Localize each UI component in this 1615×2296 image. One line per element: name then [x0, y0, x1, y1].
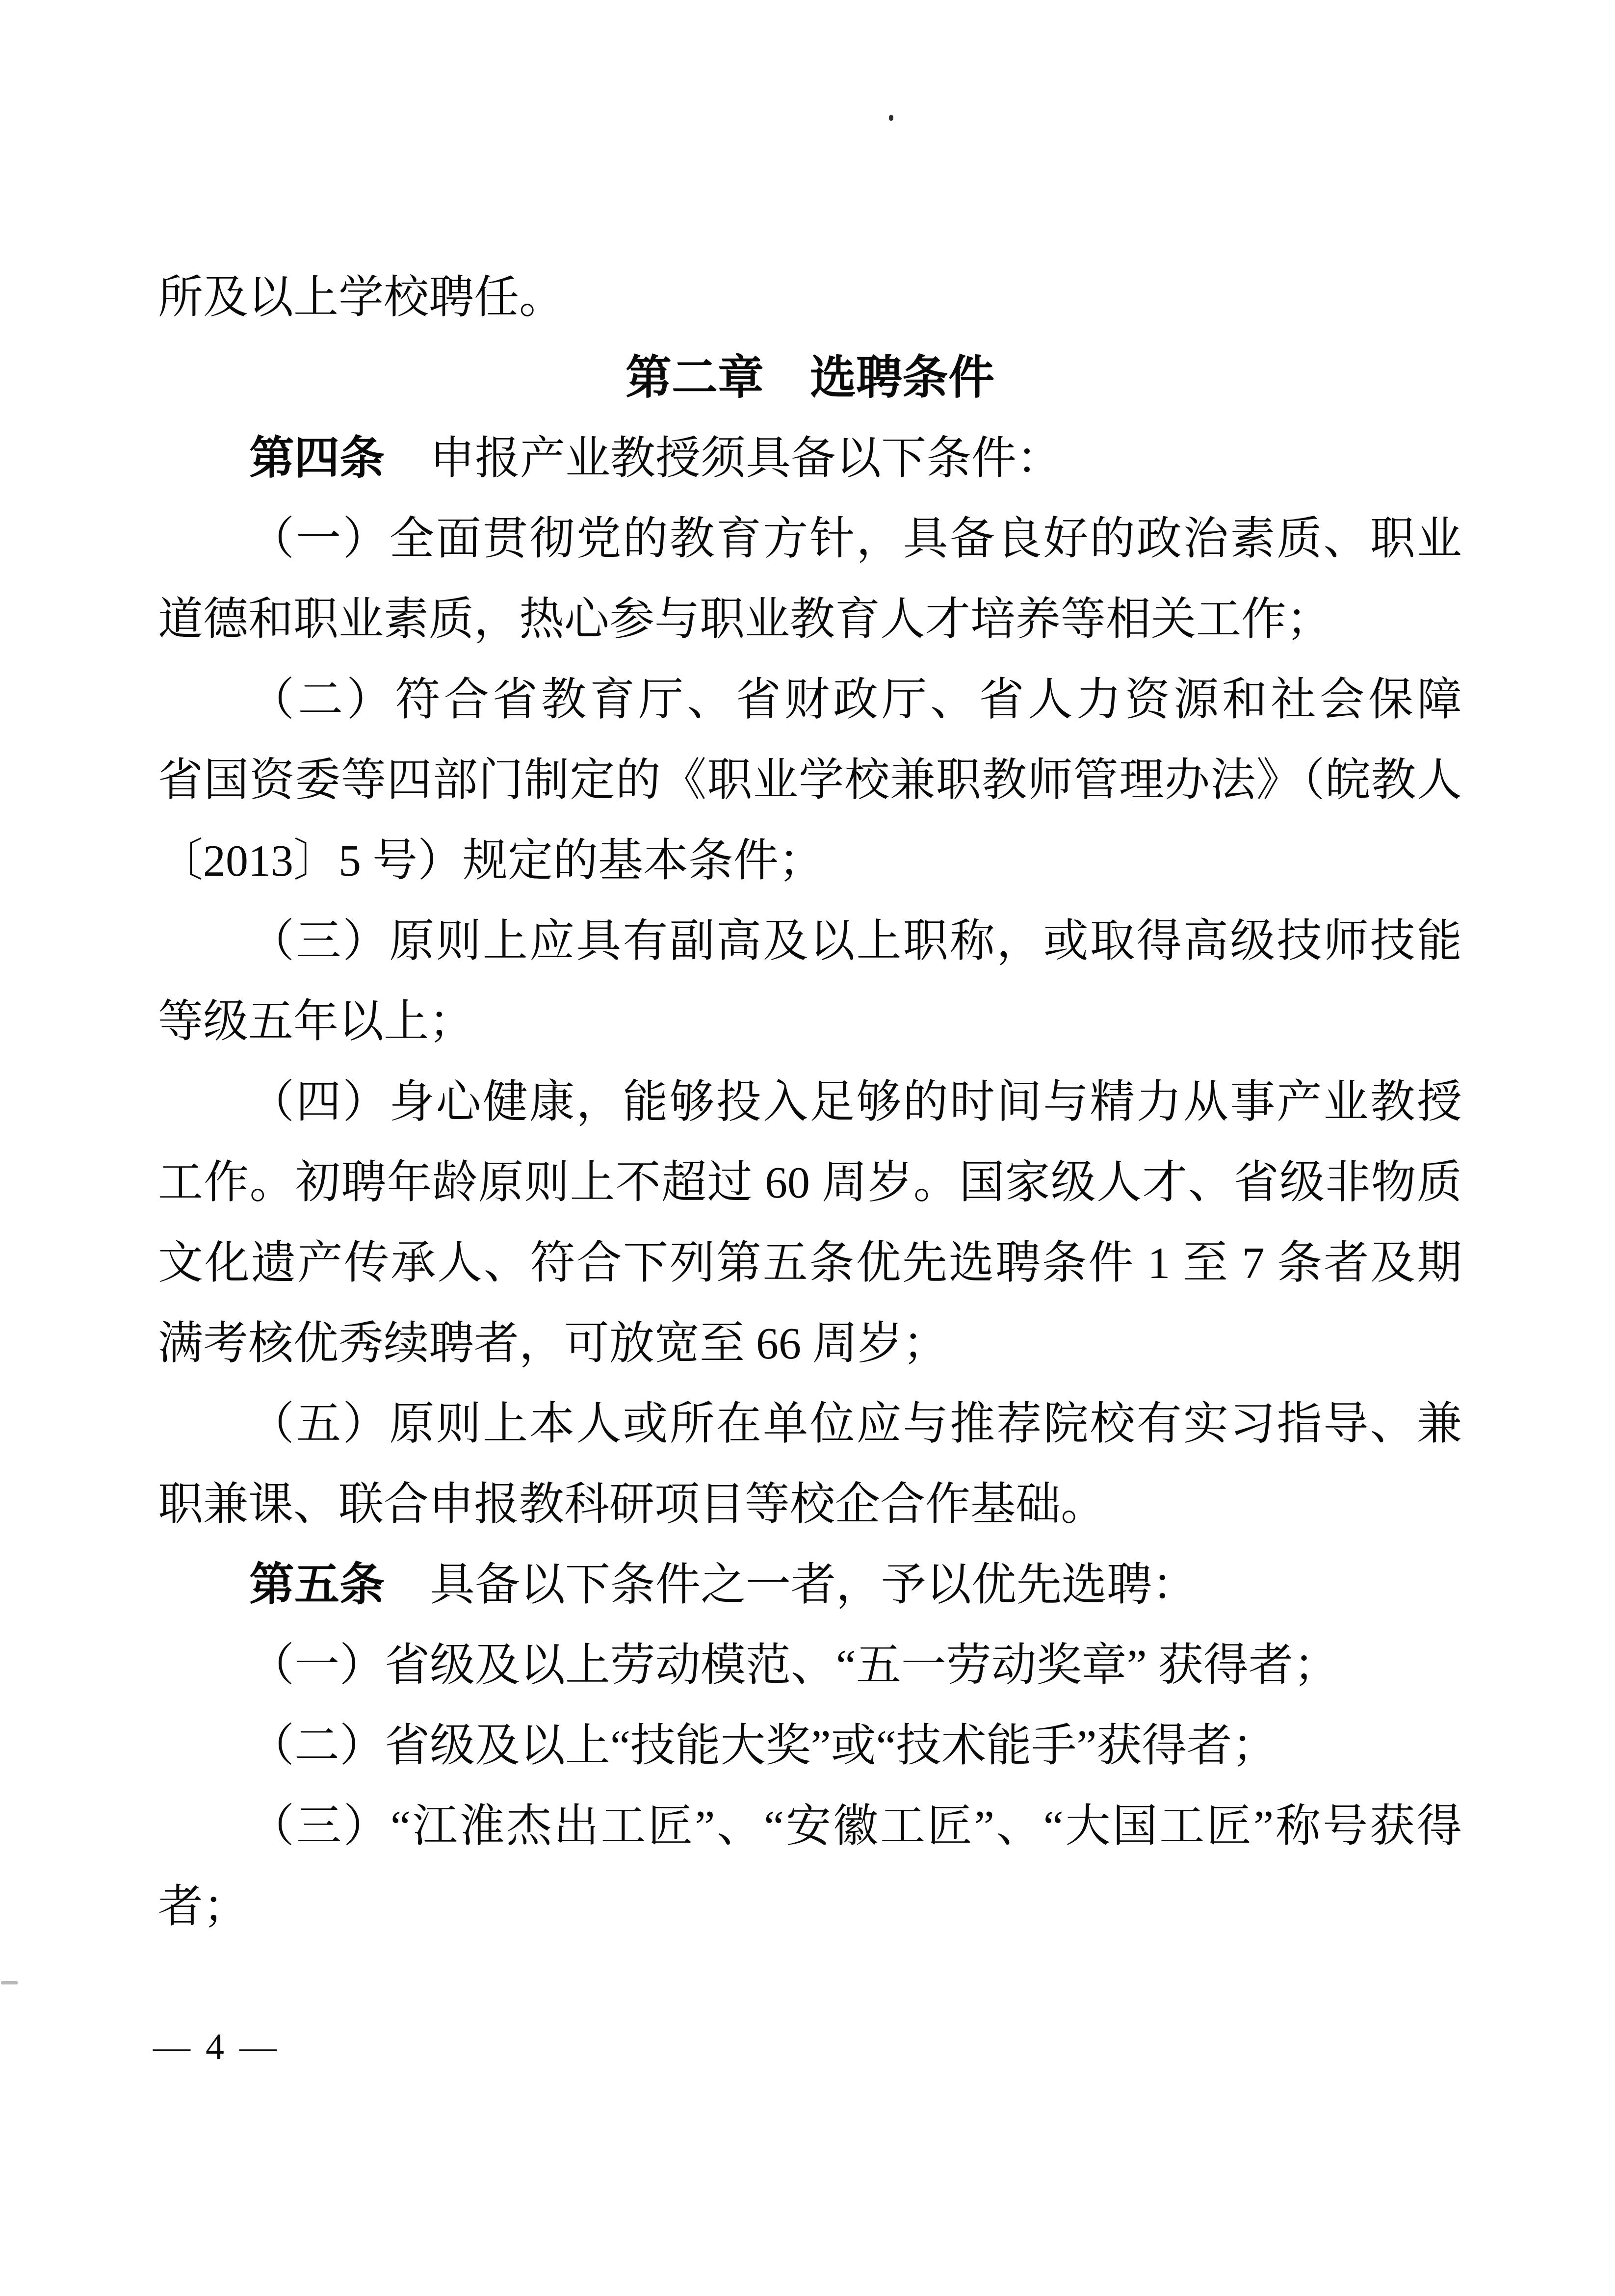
document-body: 所及以上学校聘任。 第二章 选聘条件 第四条 申报产业教授须具备以下条件： （一…: [158, 257, 1462, 1947]
scan-artifact-dot: [889, 115, 893, 121]
chapter-heading: 第二章 选聘条件: [158, 338, 1462, 418]
article-4-line: 第四条 申报产业教授须具备以下条件：: [158, 418, 1462, 498]
clause-3-line-2: 等级五年以上；: [158, 981, 1462, 1062]
text-line-continuation: 所及以上学校聘任。: [158, 257, 1462, 338]
article-4-text: 申报产业教授须具备以下条件：: [385, 433, 1062, 483]
priority-clause-1: （一）省级及以上劳动模范、“五一劳动奖章” 获得者；: [158, 1625, 1462, 1705]
priority-clause-3-line-2: 者；: [158, 1866, 1462, 1947]
clause-4-line-3: 文化遗产传承人、符合下列第五条优先选聘条件 1 至 7 条者及期: [158, 1223, 1462, 1303]
clause-5-line-2: 职兼课、联合申报教科研项目等校企合作基础。: [158, 1464, 1462, 1544]
clause-2-line-2: 省国资委等四部门制定的《职业学校兼职教师管理办法》（皖教人: [158, 740, 1462, 820]
scanned-document-page: 所及以上学校聘任。 第二章 选聘条件 第四条 申报产业教授须具备以下条件： （一…: [0, 0, 1615, 2296]
priority-clause-2: （二）省级及以上“技能大奖”或“技术能手”获得者；: [158, 1705, 1462, 1786]
page-number: — 4 —: [153, 2022, 280, 2071]
clause-4-line-1: （四）身心健康，能够投入足够的时间与精力从事产业教授: [158, 1062, 1462, 1142]
clause-3-line-1: （三）原则上应具有副高及以上职称，或取得高级技师技能: [158, 901, 1462, 981]
article-5-line: 第五条 具备以下条件之一者，予以优先选聘：: [158, 1544, 1462, 1625]
clause-2-line-3: 〔2013〕5 号）规定的基本条件；: [158, 820, 1462, 901]
clause-1-line-2: 道德和职业素质，热心参与职业教育人才培养等相关工作；: [158, 579, 1462, 659]
article-5-label: 第五条: [249, 1560, 385, 1610]
scan-artifact-left-speck: [1, 1981, 18, 1984]
priority-clause-3-line-1: （三）“江淮杰出工匠”、“安徽工匠”、“大国工匠”称号获得: [158, 1786, 1462, 1866]
article-4-label: 第四条: [249, 433, 385, 483]
clause-4-line-2: 工作。初聘年龄原则上不超过 60 周岁。国家级人才、省级非物质: [158, 1142, 1462, 1223]
clause-1-line-1: （一）全面贯彻党的教育方针，具备良好的政治素质、职业: [158, 498, 1462, 579]
article-5-text: 具备以下条件之一者，予以优先选聘：: [385, 1560, 1197, 1610]
clause-4-line-4: 满考核优秀续聘者，可放宽至 66 周岁；: [158, 1303, 1462, 1383]
clause-5-line-1: （五）原则上本人或所在单位应与推荐院校有实习指导、兼: [158, 1383, 1462, 1464]
clause-2-line-1: （二）符合省教育厅、省财政厅、省人力资源和社会保障厅、: [158, 659, 1462, 740]
